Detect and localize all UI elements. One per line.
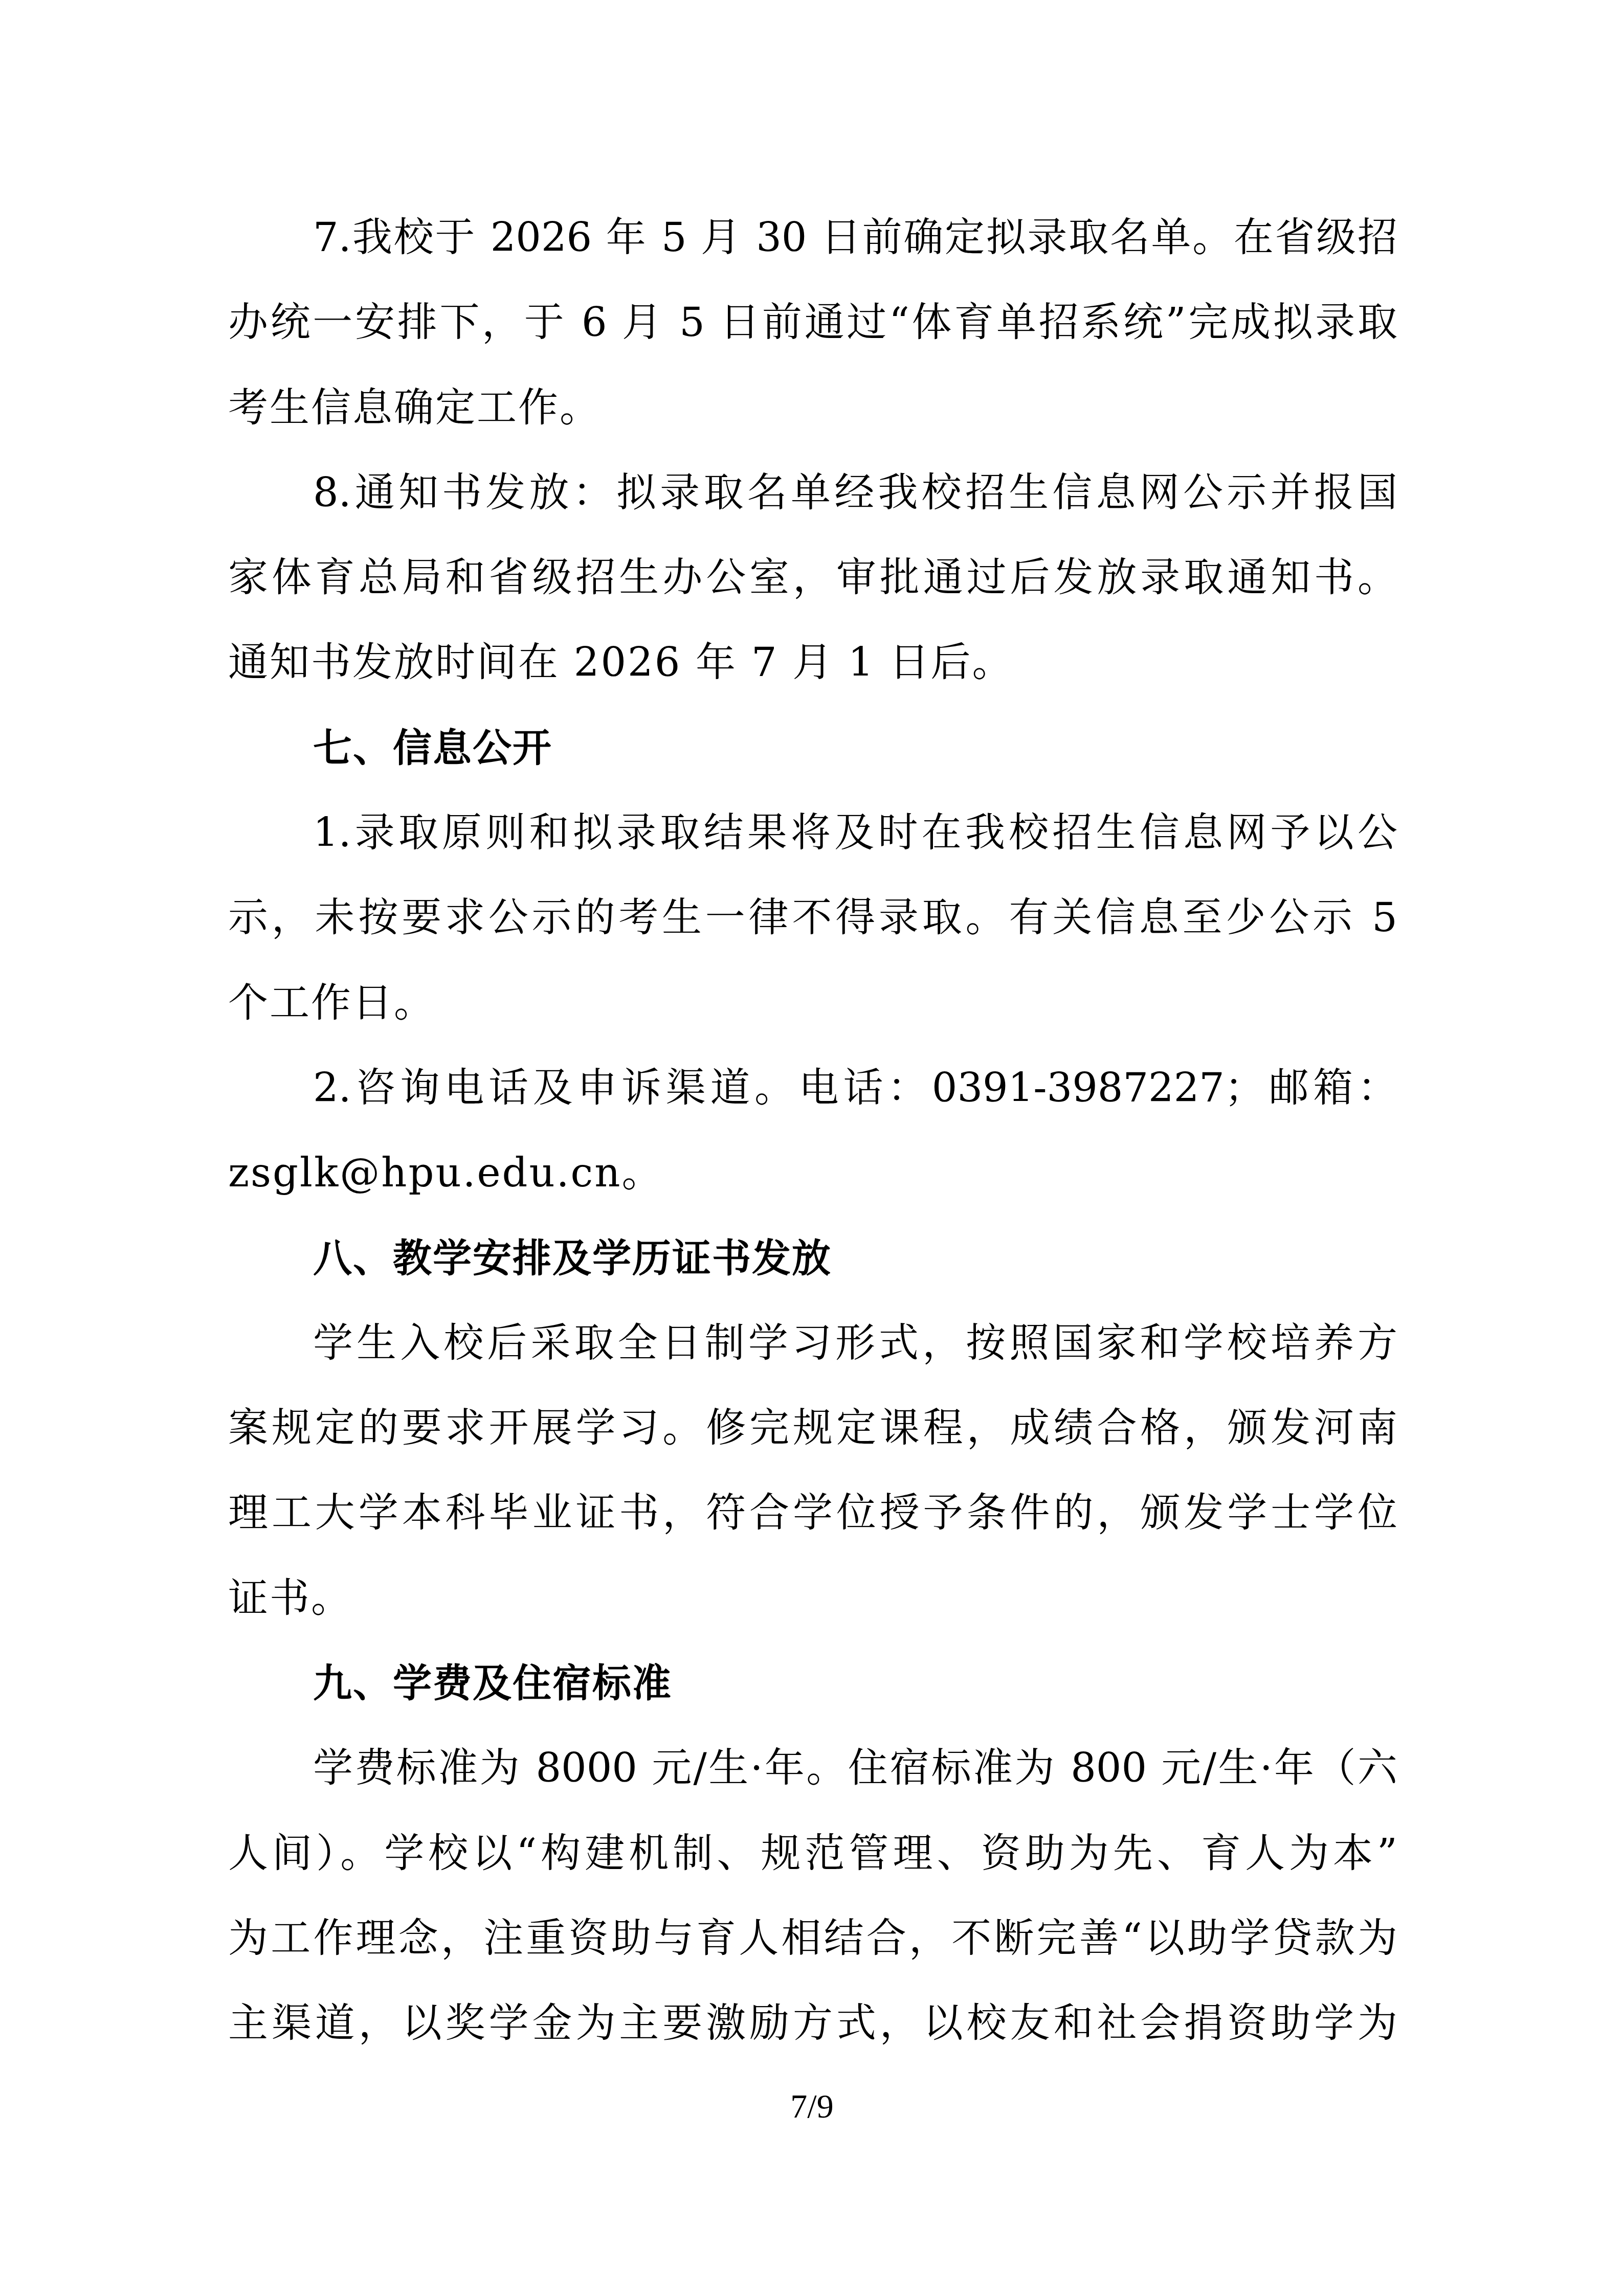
paragraph-teaching-line-4: 证书。 <box>228 1556 1397 1641</box>
section-heading-teaching: 八、教学安排及学历证书发放 <box>228 1216 1397 1301</box>
paragraph-teaching-line-2: 案规定的要求开展学习。修完规定课程，成绩合格，颁发河南 <box>228 1386 1397 1471</box>
paragraph-teaching-line-1: 学生入校后采取全日制学习形式，按照国家和学校培养方 <box>228 1301 1397 1386</box>
paragraph-fees-line-2: 人间）。学校以“构建机制、规范管理、资助为先、育人为本” <box>228 1811 1397 1896</box>
section-heading-fees: 九、学费及住宿标准 <box>228 1641 1397 1726</box>
paragraph-item-7-line-2: 办统一安排下，于 6 月 5 日前通过“体育单招系统”完成拟录取 <box>228 280 1397 365</box>
paragraph-info-2-line-1: 2.咨询电话及申诉渠道。电话：0391-3987227；邮箱： <box>228 1046 1397 1131</box>
paragraph-teaching-line-3: 理工大学本科毕业证书，符合学位授予条件的，颁发学士学位 <box>228 1471 1397 1556</box>
page-number: 7/9 <box>0 2081 1624 2132</box>
contact-email-line: zsglk@hpu.edu.cn。 <box>228 1131 1397 1215</box>
paragraph-item-7-line-3: 考生信息确定工作。 <box>228 366 1397 451</box>
paragraph-item-8-line-1: 8.通知书发放：拟录取名单经我校招生信息网公示并报国 <box>228 451 1397 535</box>
document-page: 7.我校于 2026 年 5 月 30 日前确定拟录取名单。在省级招 办统一安排… <box>0 0 1624 2296</box>
paragraph-item-7-line-1: 7.我校于 2026 年 5 月 30 日前确定拟录取名单。在省级招 <box>228 195 1397 280</box>
paragraph-item-8-line-3: 通知书发放时间在 2026 年 7 月 1 日后。 <box>228 620 1397 705</box>
paragraph-info-1-line-1: 1.录取原则和拟录取结果将及时在我校招生信息网予以公 <box>228 791 1397 875</box>
paragraph-fees-line-1: 学费标准为 8000 元/生·年。住宿标准为 800 元/生·年（六 <box>228 1726 1397 1811</box>
paragraph-info-1-line-3: 个工作日。 <box>228 961 1397 1046</box>
document-body: 7.我校于 2026 年 5 月 30 日前确定拟录取名单。在省级招 办统一安排… <box>228 195 1397 2066</box>
paragraph-fees-line-4: 主渠道，以奖学金为主要激励方式，以校友和社会捐资助学为 <box>228 1981 1397 2066</box>
section-heading-info-disclosure: 七、信息公开 <box>228 706 1397 791</box>
paragraph-item-8-line-2: 家体育总局和省级招生办公室，审批通过后发放录取通知书。 <box>228 535 1397 620</box>
paragraph-fees-line-3: 为工作理念，注重资助与育人相结合，不断完善“以助学贷款为 <box>228 1896 1397 1981</box>
paragraph-info-1-line-2: 示，未按要求公示的考生一律不得录取。有关信息至少公示 5 <box>228 875 1397 960</box>
